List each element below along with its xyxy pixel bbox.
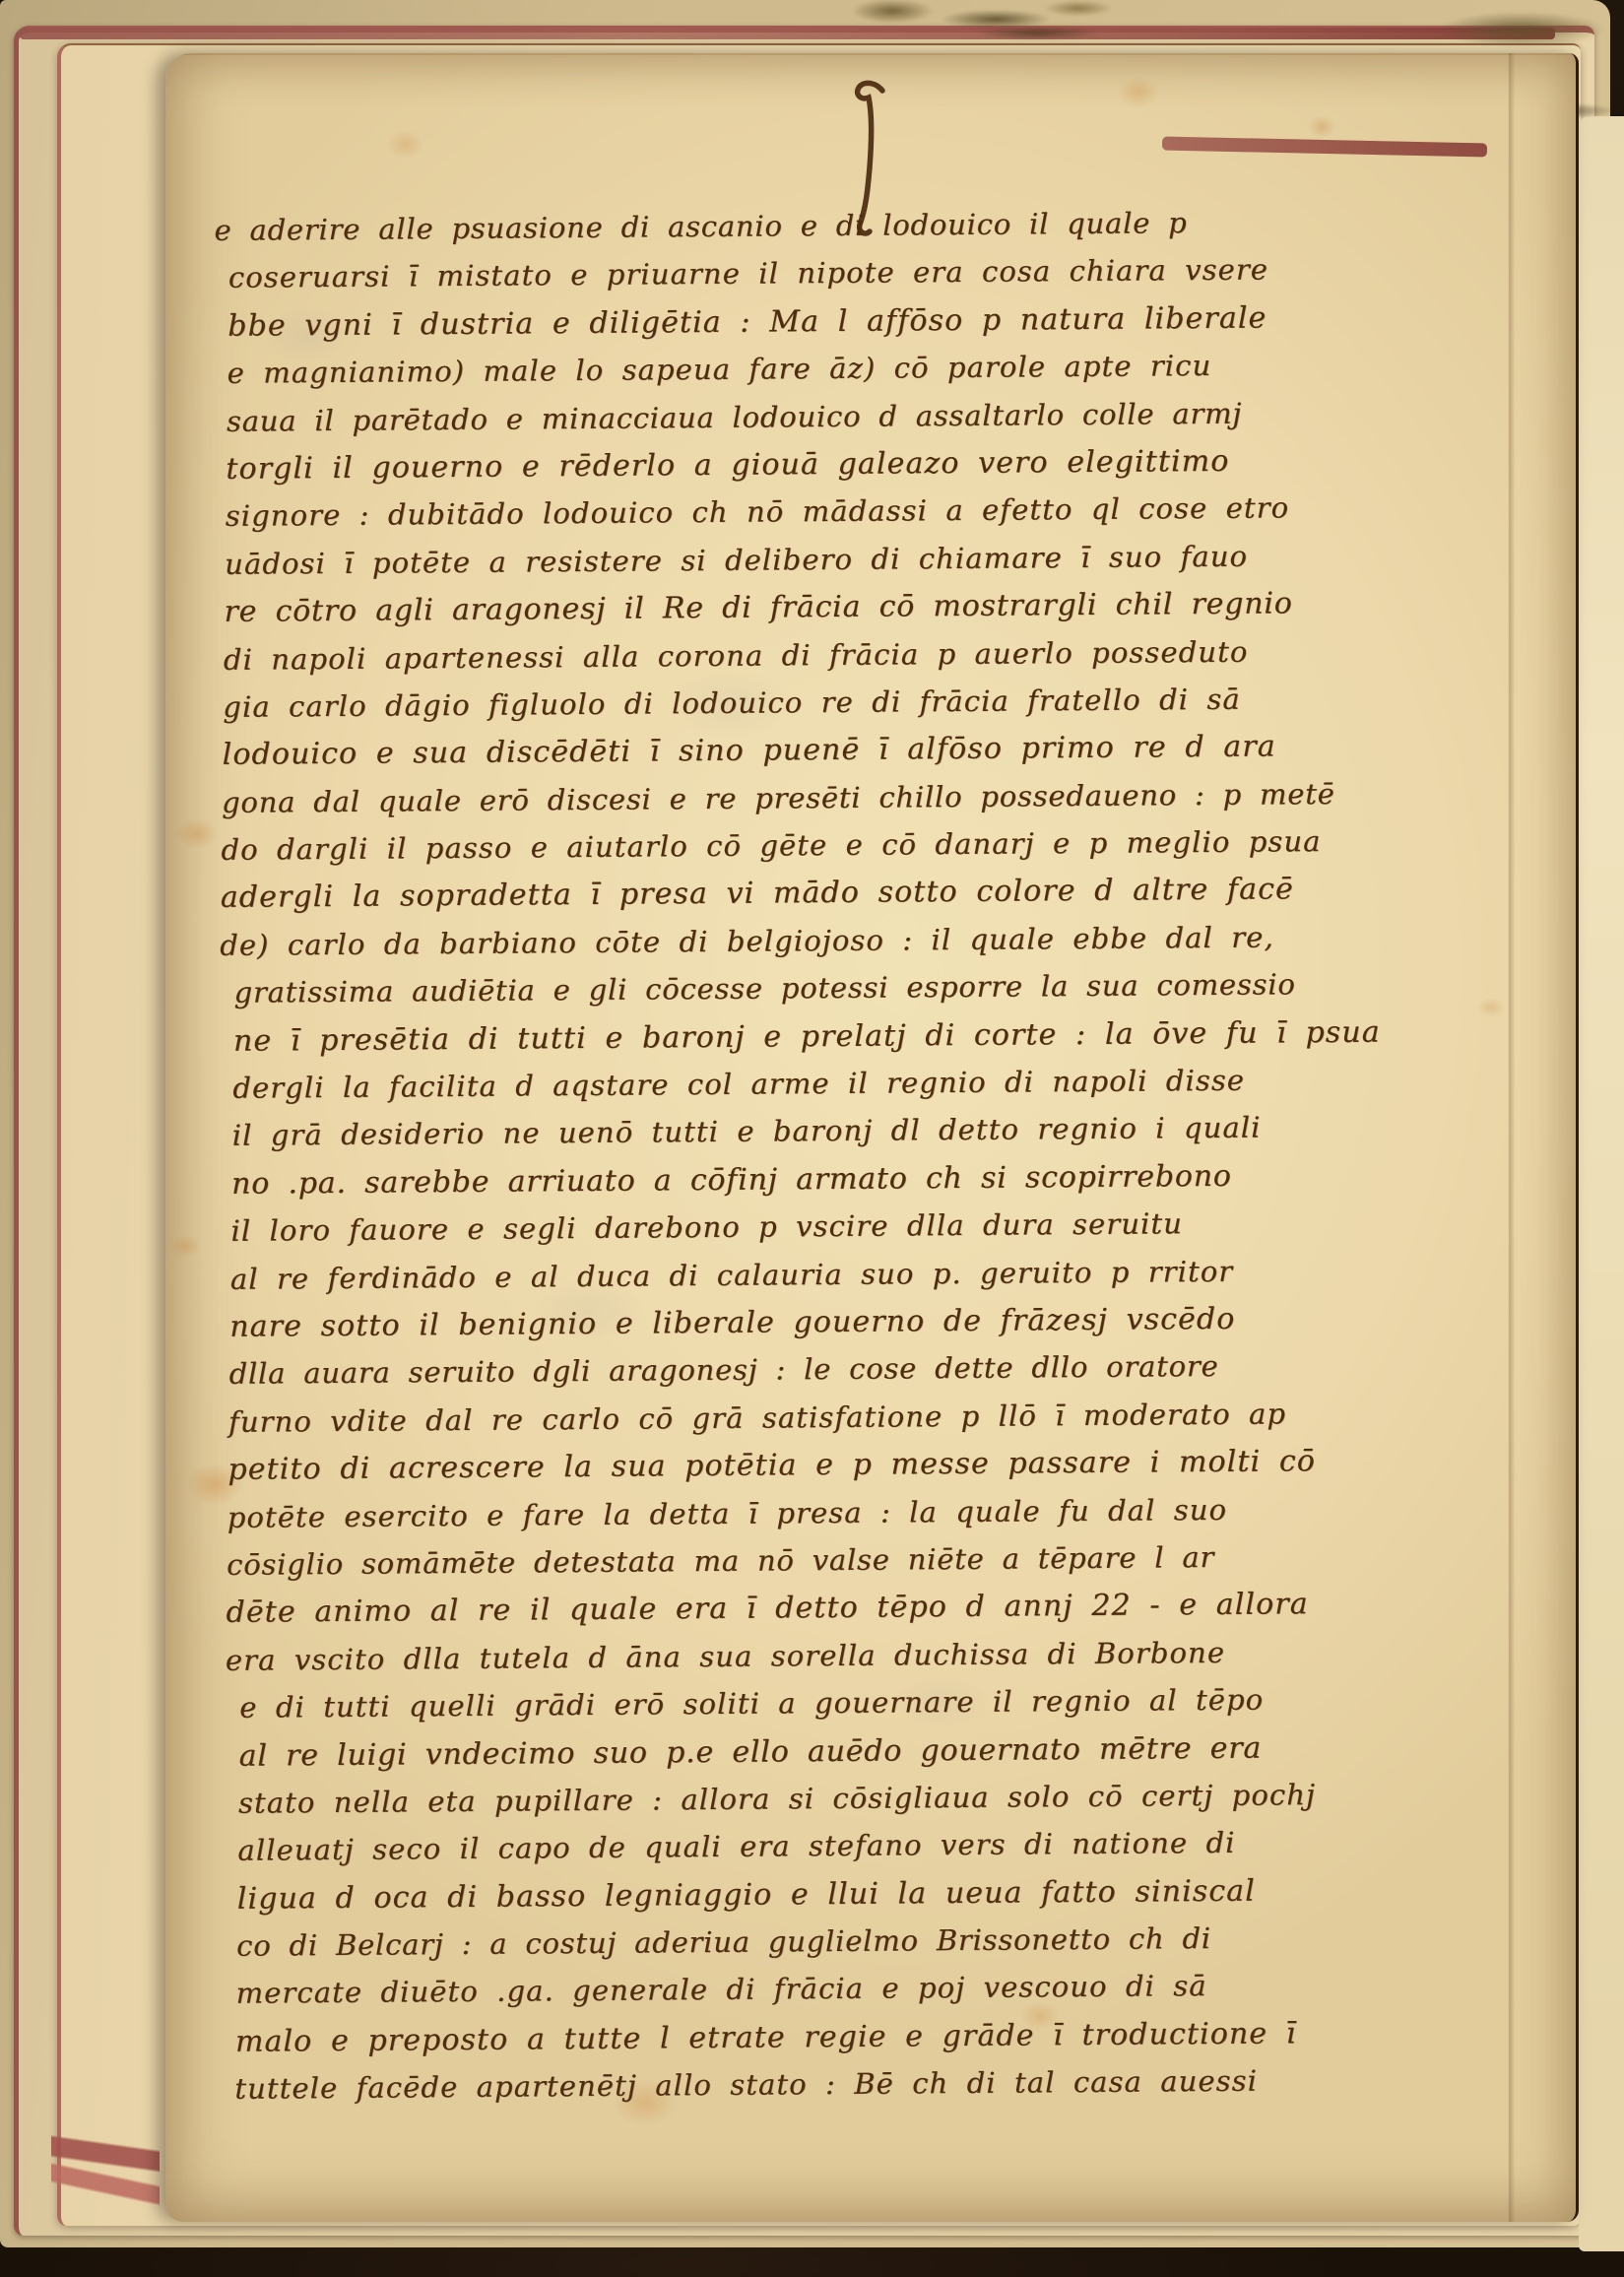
red-stain-top-right <box>1162 137 1487 158</box>
next-leaf-edge <box>1579 116 1624 2251</box>
red-stained-leaf-edge <box>20 28 1555 39</box>
manuscript-text: e aderire alle psuasione di ascanio e di… <box>221 204 1447 2119</box>
manuscript-line: tuttele facēde apartenētj allo stato : B… <box>234 2062 1446 2119</box>
manuscript-photo: 1 e aderire alle psuasione di ascanio e … <box>0 0 1624 2277</box>
pink-leaf-edges-bottom <box>51 2115 160 2244</box>
